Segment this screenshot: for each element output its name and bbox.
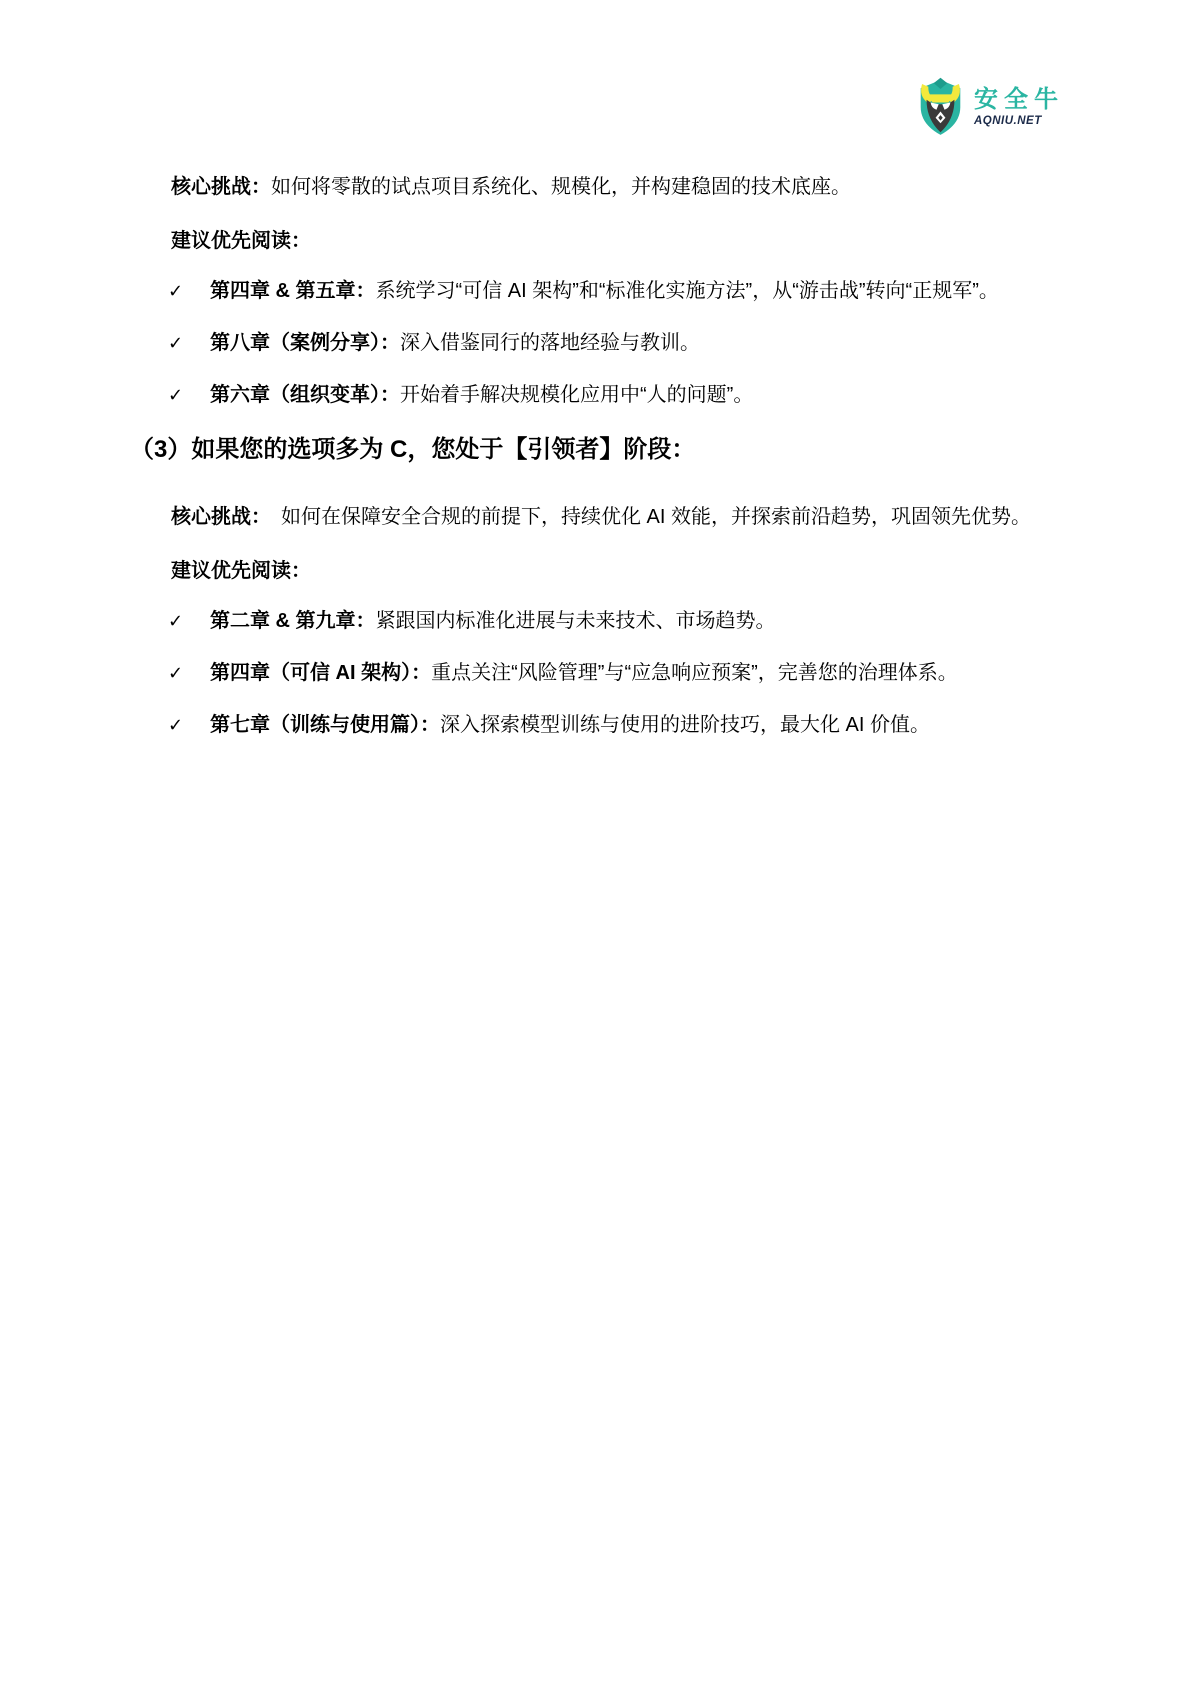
checkmark-icon: ✓ <box>168 656 210 690</box>
brand-domain: AQNIU.NET <box>974 114 1064 129</box>
checkmark-icon: ✓ <box>168 274 210 308</box>
subhead-recommended-reading-leader: 建议优先阅读： <box>130 554 1061 588</box>
bullet-item: ✓第八章（案例分享）：深入借鉴同行的落地经验与教训。 <box>130 326 1061 360</box>
bullet-text: 深入借鉴同行的落地经验与教训。 <box>400 332 700 354</box>
bullet-text: 开始着手解决规模化应用中“人的问题”。 <box>400 384 753 406</box>
document-page: 安全牛 AQNIU.NET 核心挑战：如何将零散的试点项目系统化、规模化，并构建… <box>0 0 1191 1684</box>
checkmark-icon: ✓ <box>168 604 210 638</box>
bullet-item: ✓第七章（训练与使用篇）：深入探索模型训练与使用的进阶技巧，最大化 AI 价值。 <box>130 708 1061 742</box>
document-body: 核心挑战：如何将零散的试点项目系统化、规模化，并构建稳固的技术底座。 建议优先阅… <box>130 170 1061 760</box>
core-challenge-text: 如何在保障安全合规的前提下，持续优化 AI 效能，并探索前沿趋势，巩固领先优势。 <box>261 506 1031 528</box>
heading-stage-leader: （3）如果您的选项多为 C，您处于【引领者】阶段： <box>130 430 1061 470</box>
aqniu-bull-shield-icon <box>918 76 963 138</box>
bullet-chapter-label: 第六章（组织变革）： <box>210 384 400 406</box>
bullet-chapter-label: 第四章 & 第五章： <box>210 280 376 302</box>
bullet-text: 深入探索模型训练与使用的进阶技巧，最大化 AI 价值。 <box>440 714 930 736</box>
bullet-chapter-label: 第四章（可信 AI 架构）： <box>210 662 431 684</box>
paragraph-core-challenge-builder: 核心挑战：如何将零散的试点项目系统化、规模化，并构建稳固的技术底座。 <box>130 170 1061 204</box>
brand-text-block: 安全牛 AQNIU.NET <box>974 86 1064 129</box>
bullet-item: ✓第四章 & 第五章：系统学习“可信 AI 架构”和“标准化实施方法”，从“游击… <box>130 274 1061 308</box>
brand-name: 安全牛 <box>974 86 1064 114</box>
bullet-item: ✓第二章 & 第九章：紧跟国内标准化进展与未来技术、市场趋势。 <box>130 604 1061 638</box>
checkmark-icon: ✓ <box>168 326 210 360</box>
bullet-list-builder: ✓第四章 & 第五章：系统学习“可信 AI 架构”和“标准化实施方法”，从“游击… <box>130 274 1061 412</box>
bullet-text: 系统学习“可信 AI 架构”和“标准化实施方法”，从“游击战”转向“正规军”。 <box>376 280 999 302</box>
checkmark-icon: ✓ <box>168 378 210 412</box>
bullet-chapter-label: 第八章（案例分享）： <box>210 332 400 354</box>
core-challenge-label: 核心挑战： <box>171 176 271 198</box>
subhead-recommended-reading-builder: 建议优先阅读： <box>130 224 1061 258</box>
checkmark-icon: ✓ <box>168 708 210 742</box>
brand-logo: 安全牛 AQNIU.NET <box>918 76 1064 138</box>
bullet-chapter-label: 第二章 & 第九章： <box>210 610 376 632</box>
bullet-text: 紧跟国内标准化进展与未来技术、市场趋势。 <box>376 610 776 632</box>
bullet-item: ✓第六章（组织变革）：开始着手解决规模化应用中“人的问题”。 <box>130 378 1061 412</box>
core-challenge-label: 核心挑战： <box>171 506 261 528</box>
bullet-list-leader: ✓第二章 & 第九章：紧跟国内标准化进展与未来技术、市场趋势。✓第四章（可信 A… <box>130 604 1061 742</box>
bullet-text: 重点关注“风险管理”与“应急响应预案”，完善您的治理体系。 <box>431 662 958 684</box>
bullet-chapter-label: 第七章（训练与使用篇）： <box>210 714 440 736</box>
core-challenge-text: 如何将零散的试点项目系统化、规模化，并构建稳固的技术底座。 <box>271 176 851 198</box>
paragraph-core-challenge-leader: 核心挑战： 如何在保障安全合规的前提下，持续优化 AI 效能，并探索前沿趋势，巩… <box>130 500 1061 534</box>
bullet-item: ✓第四章（可信 AI 架构）：重点关注“风险管理”与“应急响应预案”，完善您的治… <box>130 656 1061 690</box>
